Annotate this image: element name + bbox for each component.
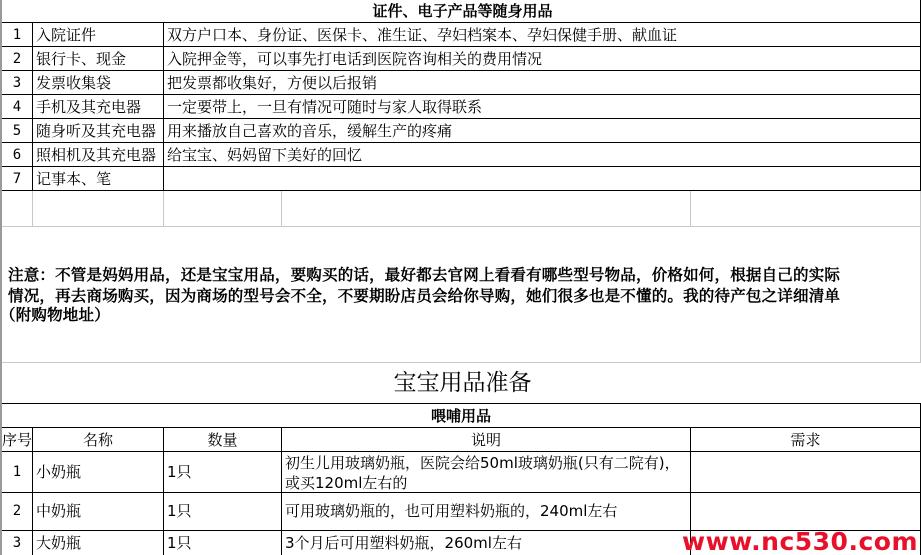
item-quantity: 1只 xyxy=(164,452,281,492)
row-number: 3 xyxy=(2,71,32,94)
row-number: 2 xyxy=(2,47,32,70)
item-name: 中奶瓶 xyxy=(33,493,163,530)
item-description: 把发票都收集好，方便以后报销 xyxy=(164,71,920,94)
note-line-3: （附购物地址） xyxy=(0,304,918,325)
row-number: 2 xyxy=(2,493,32,530)
item-description: 可用玻璃奶瓶的，也可用塑料奶瓶的，240ml左右 xyxy=(282,493,690,530)
row-number: 7 xyxy=(2,167,32,190)
gridline xyxy=(690,191,691,226)
item-name: 随身听及其充电器 xyxy=(33,119,163,142)
header-name: 名称 xyxy=(33,428,163,451)
item-name: 小奶瓶 xyxy=(33,452,163,492)
watermark: www.nc530.com xyxy=(682,528,918,555)
gridline xyxy=(281,191,282,226)
note-line-2: 情况，再去商场购买，因为商场的型号会不全，不要期盼店员会给你导购，她们很多也是不… xyxy=(2,285,920,306)
header-quantity: 数量 xyxy=(164,428,281,451)
row-number: 1 xyxy=(2,452,32,492)
item-quantity: 1只 xyxy=(164,493,281,530)
item-description: 初生儿用玻璃奶瓶，医院会给50ml玻璃奶瓶(只有二院有)，或买120ml左右的 xyxy=(282,452,682,492)
header-description: 说明 xyxy=(282,428,690,451)
item-description: 给宝宝、妈妈留下美好的回忆 xyxy=(164,143,920,166)
note-line-1: 注意：不管是妈妈用品，还是宝宝用品，要购买的话，最好都去官网上看看有哪些型号物品… xyxy=(2,264,920,285)
item-need[interactable] xyxy=(691,493,920,530)
item-name: 入院证件 xyxy=(33,23,163,46)
item-name: 手机及其充电器 xyxy=(33,95,163,118)
item-description xyxy=(164,167,920,190)
item-description: 3个月后可用塑料奶瓶，260ml左右 xyxy=(282,531,690,555)
section1-title: 证件、电子产品等随身用品 xyxy=(2,0,920,22)
item-quantity: 1只 xyxy=(164,531,281,555)
row-number: 1 xyxy=(2,23,32,46)
item-need[interactable] xyxy=(691,452,920,492)
header-need: 需求 xyxy=(691,428,920,451)
header-number: 序号 xyxy=(2,428,32,451)
gridline xyxy=(32,191,33,226)
section2-subtitle: 喂哺用品 xyxy=(2,404,920,427)
item-description: 一定要带上，一旦有情况可随时与家人取得联系 xyxy=(164,95,920,118)
divider xyxy=(2,190,920,191)
item-description: 双方户口本、身份证、医保卡、准生证、孕妇档案本、孕妇保健手册、献血证 xyxy=(164,23,920,46)
item-name: 发票收集袋 xyxy=(33,71,163,94)
item-description: 入院押金等，可以事先打电话到医院咨询相关的费用情况 xyxy=(164,47,920,70)
item-name: 银行卡、现金 xyxy=(33,47,163,70)
item-name: 照相机及其充电器 xyxy=(33,143,163,166)
item-name: 大奶瓶 xyxy=(33,531,163,555)
gridline xyxy=(2,226,921,227)
item-name: 记事本、笔 xyxy=(33,167,163,190)
gridline xyxy=(163,191,164,226)
row-number: 4 xyxy=(2,95,32,118)
row-number: 3 xyxy=(2,531,32,555)
row-number: 5 xyxy=(2,119,32,142)
section2-title: 宝宝用品准备 xyxy=(2,363,920,403)
item-description: 用来播放自己喜欢的音乐，缓解生产的疼痛 xyxy=(164,119,920,142)
row-number: 6 xyxy=(2,143,32,166)
